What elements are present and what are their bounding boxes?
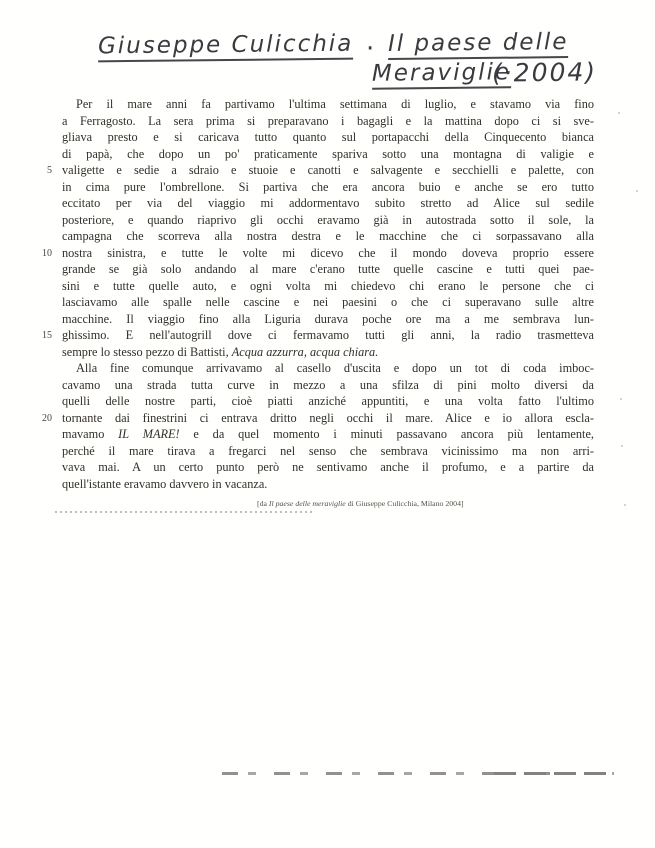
scan-speck (636, 190, 638, 192)
line-number (36, 278, 62, 295)
line-number (36, 212, 62, 229)
scan-speck (624, 504, 626, 506)
text-line-content: sini e tutte quelle auto, e ogni volta m… (62, 278, 594, 295)
scan-speck (621, 445, 623, 447)
text-line-content: sempre lo stesso pezzo di Battisti, Acqu… (62, 344, 594, 361)
text-line: macchine. Il viaggio fino alla Liguria d… (36, 311, 596, 328)
text-line: Per il mare anni fa partivamo l'ultima s… (36, 96, 596, 113)
line-number (36, 377, 62, 394)
line-number (36, 344, 62, 361)
line-number (36, 129, 62, 146)
line-number (36, 228, 62, 245)
text-line-content: eccitato per via del viaggio mi addormen… (62, 195, 594, 212)
text-line-content: in cima pure l'ombrellone. Si partiva ch… (62, 179, 594, 196)
text-line-content: vava mai. A un certo punto però ne senti… (62, 459, 594, 476)
book-title-line2: Meraviglie (372, 59, 511, 89)
text-line-content: mavamo IL MARE! e da quel momento i minu… (62, 426, 594, 443)
faint-scribble-line (55, 511, 313, 513)
text-line-content: valigette e sedie a sdraio e stuoie e ca… (62, 162, 594, 179)
line-number (36, 311, 62, 328)
text-line-content: perché il mare tirava a fregarci nel sen… (62, 443, 594, 460)
line-number (36, 179, 62, 196)
text-line: di papà, che dopo un po' praticamente sp… (36, 146, 596, 163)
source-suffix: di Giuseppe Culicchia, Milano 2004] (346, 499, 464, 508)
text-line: 20tornante dai finestrini ci entrava dri… (36, 410, 596, 427)
text-line: 15ghissimo. E nell'autogrill dove ci fer… (36, 327, 596, 344)
source-citation: [da Il paese delle meraviglie di Giusepp… (257, 499, 464, 508)
text-line: sempre lo stesso pezzo di Battisti, Acqu… (36, 344, 596, 361)
line-number (36, 476, 62, 493)
text-line: quell'istante eravamo davvero in vacanza… (36, 476, 596, 493)
text-line: perché il mare tirava a fregarci nel sen… (36, 443, 596, 460)
line-number (36, 195, 62, 212)
bottom-scan-line-dark-segment (494, 772, 614, 775)
text-line-content: nostra sinistra, e tutte le volte mi dic… (62, 245, 594, 262)
text-line-content: campagna che scorreva alla nostra destra… (62, 228, 594, 245)
line-number: 10 (36, 245, 62, 262)
book-year: (·2004) (492, 57, 597, 87)
text-line-content: lasciavamo alle spalle nelle cascine e n… (62, 294, 594, 311)
text-line-content: macchine. Il viaggio fino alla Liguria d… (62, 311, 594, 328)
text-line: 10nostra sinistra, e tutte le volte mi d… (36, 245, 596, 262)
text-line-content: quell'istante eravamo davvero in vacanza… (62, 476, 594, 493)
text-line-content: tornante dai finestrini ci entrava dritt… (62, 410, 594, 427)
line-number (36, 96, 62, 113)
text-line-content: di papà, che dopo un po' praticamente sp… (62, 146, 594, 163)
text-line: gliava presto e si caricava tutto quanto… (36, 129, 596, 146)
bottom-scan-line (222, 772, 614, 775)
line-number (36, 113, 62, 130)
line-number: 5 (36, 162, 62, 179)
line-number (36, 360, 62, 377)
text-line: vava mai. A un certo punto però ne senti… (36, 459, 596, 476)
text-line-content: Per il mare anni fa partivamo l'ultima s… (62, 96, 594, 113)
author-name: Giuseppe Culicchia (98, 31, 354, 63)
scanned-document-page: Giuseppe Culicchia · Il paese delle Mera… (0, 0, 655, 848)
line-number: 15 (36, 327, 62, 344)
text-line: sini e tutte quelle auto, e ogni volta m… (36, 278, 596, 295)
source-prefix: [da (257, 499, 269, 508)
text-line-content: ghissimo. E nell'autogrill dove ci ferma… (62, 327, 594, 344)
line-number (36, 459, 62, 476)
title-separator-dot: · (366, 34, 374, 64)
body-text: Per il mare anni fa partivamo l'ultima s… (36, 96, 596, 492)
text-line-content: gliava presto e si caricava tutto quanto… (62, 129, 594, 146)
line-number (36, 393, 62, 410)
scan-speck (618, 112, 620, 114)
line-number (36, 426, 62, 443)
text-line-content: posteriore, e quando riaprivo gli occhi … (62, 212, 594, 229)
book-title-line1: Il paese delle (388, 29, 569, 60)
text-line: cavamo una strada tutta curve in mezzo a… (36, 377, 596, 394)
text-line-content: quelli delle nostre parti, cioè piatti a… (62, 393, 594, 410)
text-line: in cima pure l'ombrellone. Si partiva ch… (36, 179, 596, 196)
text-line: mavamo IL MARE! e da quel momento i minu… (36, 426, 596, 443)
line-number (36, 146, 62, 163)
scan-speck (620, 398, 622, 400)
text-line: grande se già solo andando al mare c'era… (36, 261, 596, 278)
text-line: eccitato per via del viaggio mi addormen… (36, 195, 596, 212)
text-line: 5valigette e sedie a sdraio e stuoie e c… (36, 162, 596, 179)
text-line-content: Alla fine comunque arrivavamo al casello… (62, 360, 594, 377)
line-number (36, 443, 62, 460)
text-line: Alla fine comunque arrivavamo al casello… (36, 360, 596, 377)
line-number (36, 294, 62, 311)
text-line: a Ferragosto. La sera prima si preparava… (36, 113, 596, 130)
text-line-content: cavamo una strada tutta curve in mezzo a… (62, 377, 594, 394)
text-line: campagna che scorreva alla nostra destra… (36, 228, 596, 245)
text-line-content: a Ferragosto. La sera prima si preparava… (62, 113, 594, 130)
line-number: 20 (36, 410, 62, 427)
text-line: quelli delle nostre parti, cioè piatti a… (36, 393, 596, 410)
text-line-content: grande se già solo andando al mare c'era… (62, 261, 594, 278)
text-line: posteriore, e quando riaprivo gli occhi … (36, 212, 596, 229)
text-line: lasciavamo alle spalle nelle cascine e n… (36, 294, 596, 311)
source-book-title: Il paese delle meraviglie (269, 499, 346, 508)
line-number (36, 261, 62, 278)
